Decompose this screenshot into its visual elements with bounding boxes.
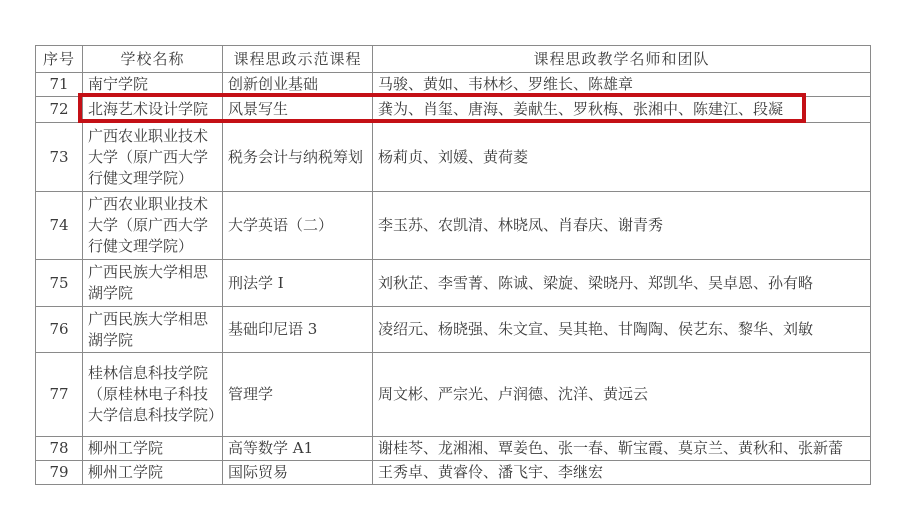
cell-teachers: 凌绍元、杨晓强、朱文宣、吴其艳、甘陶陶、侯艺东、黎华、刘敏 xyxy=(373,307,871,353)
cell-index: 73 xyxy=(36,123,83,192)
cell-school: 柳州工学院 xyxy=(83,461,223,485)
table-row: 78柳州工学院高等数学 A1谢桂芩、龙湘湘、覃姜色、张一春、靳宝霞、莫京兰、黄秋… xyxy=(36,437,871,461)
cell-index: 75 xyxy=(36,260,83,307)
table-row: 71南宁学院创新创业基础马骏、黄如、韦林杉、罗维长、陈雄章 xyxy=(36,73,871,97)
table-row-highlighted: 72北海艺术设计学院风景写生龚为、肖玺、唐海、姜献生、罗秋梅、张湘中、陈建江、段… xyxy=(36,97,871,123)
cell-course: 刑法学 I xyxy=(223,260,373,307)
cell-school: 广西农业职业技术大学（原广西大学行健文理学院） xyxy=(83,123,223,192)
cell-index: 72 xyxy=(36,97,83,123)
cell-course: 基础印尼语 3 xyxy=(223,307,373,353)
cell-index: 71 xyxy=(36,73,83,97)
cell-school: 桂林信息科技学院（原桂林电子科技大学信息科技学院） xyxy=(83,353,223,437)
col-header-course: 课程思政示范课程 xyxy=(223,46,373,73)
table-body: 71南宁学院创新创业基础马骏、黄如、韦林杉、罗维长、陈雄章72北海艺术设计学院风… xyxy=(36,73,871,485)
table-row: 74广西农业职业技术大学（原广西大学行健文理学院）大学英语（二）李玉苏、农凯清、… xyxy=(36,192,871,260)
cell-school: 柳州工学院 xyxy=(83,437,223,461)
cell-teachers: 周文彬、严宗光、卢润德、沈洋、黄远云 xyxy=(373,353,871,437)
cell-school: 广西民族大学相思湖学院 xyxy=(83,307,223,353)
document-page: 序号 学校名称 课程思政示范课程 课程思政教学名师和团队 71南宁学院创新创业基… xyxy=(0,0,910,519)
cell-teachers: 刘秋芷、李雪菁、陈诚、梁旋、梁晓丹、郑凯华、吴卓恩、孙有略 xyxy=(373,260,871,307)
cell-course: 税务会计与纳税筹划 xyxy=(223,123,373,192)
cell-teachers: 李玉苏、农凯清、林晓凤、肖春庆、谢青秀 xyxy=(373,192,871,260)
cell-course: 国际贸易 xyxy=(223,461,373,485)
cell-teachers: 王秀卓、黄睿伶、潘飞宇、李继宏 xyxy=(373,461,871,485)
col-header-school: 学校名称 xyxy=(83,46,223,73)
cell-course: 创新创业基础 xyxy=(223,73,373,97)
table-row: 79柳州工学院国际贸易王秀卓、黄睿伶、潘飞宇、李继宏 xyxy=(36,461,871,485)
cell-course: 风景写生 xyxy=(223,97,373,123)
cell-school: 北海艺术设计学院 xyxy=(83,97,223,123)
course-table: 序号 学校名称 课程思政示范课程 课程思政教学名师和团队 71南宁学院创新创业基… xyxy=(35,45,871,485)
table-row: 77桂林信息科技学院（原桂林电子科技大学信息科技学院）管理学周文彬、严宗光、卢润… xyxy=(36,353,871,437)
col-header-teachers: 课程思政教学名师和团队 xyxy=(373,46,871,73)
cell-teachers: 马骏、黄如、韦林杉、罗维长、陈雄章 xyxy=(373,73,871,97)
table-row: 76广西民族大学相思湖学院基础印尼语 3凌绍元、杨晓强、朱文宣、吴其艳、甘陶陶、… xyxy=(36,307,871,353)
cell-index: 76 xyxy=(36,307,83,353)
cell-index: 74 xyxy=(36,192,83,260)
cell-school: 南宁学院 xyxy=(83,73,223,97)
cell-school: 广西民族大学相思湖学院 xyxy=(83,260,223,307)
table-row: 73广西农业职业技术大学（原广西大学行健文理学院）税务会计与纳税筹划杨莉贞、刘媛… xyxy=(36,123,871,192)
cell-teachers: 谢桂芩、龙湘湘、覃姜色、张一春、靳宝霞、莫京兰、黄秋和、张新蕾 xyxy=(373,437,871,461)
table-row: 75广西民族大学相思湖学院刑法学 I刘秋芷、李雪菁、陈诚、梁旋、梁晓丹、郑凯华、… xyxy=(36,260,871,307)
cell-index: 78 xyxy=(36,437,83,461)
cell-course: 高等数学 A1 xyxy=(223,437,373,461)
cell-teachers: 杨莉贞、刘媛、黄荷菱 xyxy=(373,123,871,192)
cell-teachers: 龚为、肖玺、唐海、姜献生、罗秋梅、张湘中、陈建江、段凝 xyxy=(373,97,871,123)
cell-school: 广西农业职业技术大学（原广西大学行健文理学院） xyxy=(83,192,223,260)
col-header-index: 序号 xyxy=(36,46,83,73)
table-header-row: 序号 学校名称 课程思政示范课程 课程思政教学名师和团队 xyxy=(36,46,871,73)
cell-course: 大学英语（二） xyxy=(223,192,373,260)
cell-course: 管理学 xyxy=(223,353,373,437)
cell-index: 79 xyxy=(36,461,83,485)
cell-index: 77 xyxy=(36,353,83,437)
